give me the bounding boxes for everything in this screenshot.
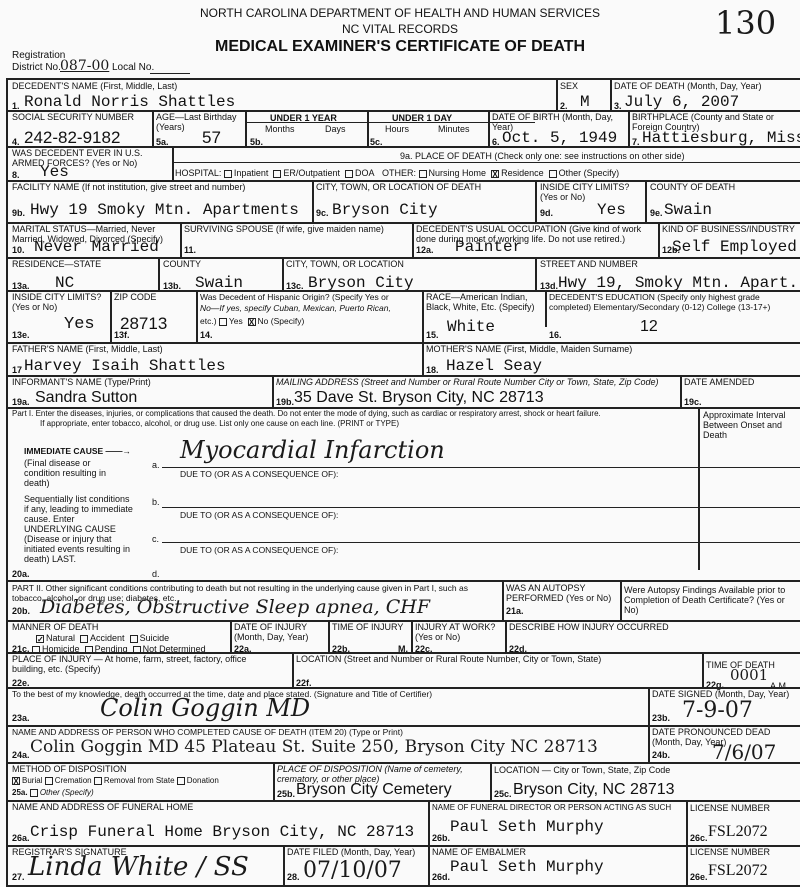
- ssn-value[interactable]: 242-82-9182: [24, 128, 120, 148]
- mailing-address-label: MAILING ADDRESS (Street and Number or Ru…: [276, 377, 676, 387]
- under-1-day-label: UNDER 1 DAY: [392, 113, 452, 123]
- days-label: Days: [325, 124, 346, 134]
- spouse-label: SURVIVING SPOUSE (If wife, give maiden n…: [184, 224, 384, 234]
- ssn-label: SOCIAL SECURITY NUMBER: [12, 112, 134, 122]
- funeral-director-value[interactable]: Paul Seth Murphy: [450, 818, 604, 836]
- document-title: MEDICAL EXAMINER'S CERTIFICATE OF DEATH: [0, 38, 800, 56]
- informant-name-value[interactable]: Sandra Sutton: [35, 389, 137, 407]
- corner-number: 130: [715, 4, 776, 42]
- date-filed-label: DATE FILED (Month, Day, Year): [287, 847, 415, 857]
- district-label: District No.: [12, 63, 61, 73]
- facility-label: FACILITY NAME (If not institution, give …: [12, 182, 245, 192]
- sex-label: SEX: [560, 81, 578, 91]
- inpatient-checkbox[interactable]: [224, 170, 232, 178]
- disposition-method-label: METHOD OF DISPOSITION: [12, 764, 127, 774]
- race-label: RACE—American Indian, Black, White, Etc.…: [426, 292, 544, 312]
- armed-forces-label: WAS DECEDENT EVER IN U.S. ARMED FORCES? …: [12, 148, 172, 168]
- funeral-home-value[interactable]: Crisp Funeral Home Bryson City, NC 28713: [30, 823, 414, 841]
- death-city-label: CITY, TOWN, OR LOCATION OF DEATH: [316, 182, 481, 192]
- embalmer-value[interactable]: Paul Seth Murphy: [450, 858, 604, 876]
- date-amended-label: DATE AMENDED: [684, 377, 754, 387]
- embalmer-label: NAME OF EMBALMER: [432, 847, 526, 857]
- business-value[interactable]: Self Employed: [672, 238, 797, 256]
- residence-checkbox[interactable]: X: [491, 170, 499, 178]
- agency-name: NORTH CAROLINA DEPARTMENT OF HEALTH AND …: [0, 6, 800, 20]
- months-label: Months: [265, 124, 295, 134]
- manner-label: MANNER OF DEATH: [12, 622, 98, 632]
- burial-checkbox[interactable]: X: [12, 777, 20, 785]
- residence-city-label: CITY, TOWN, OR LOCATION: [286, 259, 404, 269]
- embalmer-license-value[interactable]: FSL2072: [708, 862, 768, 880]
- immediate-cause-desc: (Final disease or condition resulting in…: [24, 458, 114, 488]
- death-city-value[interactable]: Bryson City: [332, 201, 438, 219]
- business-label: KIND OF BUSINESS/INDUSTRY: [662, 224, 795, 234]
- manner-options-row1: ✓Natural Accident Suicide: [36, 633, 169, 643]
- district-value[interactable]: 087-00: [60, 58, 109, 74]
- time-of-death-value[interactable]: 0001: [730, 666, 768, 684]
- date-of-death-label: DATE OF DEATH (Month, Day, Year): [614, 81, 762, 91]
- birthplace-value[interactable]: Hattiesburg, Miss: [642, 129, 800, 147]
- age-value[interactable]: 57: [202, 128, 221, 148]
- death-county-label: COUNTY OF DEATH: [650, 182, 735, 192]
- local-label: Local No.: [112, 63, 154, 73]
- due-to-c: DUE TO (OR AS A CONSEQUENCE OF):: [180, 545, 338, 555]
- sex-value[interactable]: M: [580, 93, 590, 111]
- other-disposition-checkbox[interactable]: [30, 789, 38, 797]
- death-inside-limits-value[interactable]: Yes: [597, 201, 626, 219]
- education-value[interactable]: 12: [640, 318, 658, 336]
- injury-at-work-label: INJURY AT WORK? (Yes or No): [415, 622, 505, 642]
- decedent-name[interactable]: Ronald Norris Shattles: [24, 93, 235, 111]
- disposition-options-row1: XBurial Cremation Removal from State Don…: [12, 776, 219, 786]
- part2-value[interactable]: Diabetes, Obstructive Sleep apnea, CHF: [40, 596, 430, 618]
- mother-name-label: MOTHER'S NAME (First, Middle, Maiden Sur…: [426, 344, 632, 354]
- autopsy-findings-label: Were Autopsy Findings Available prior to…: [624, 585, 799, 615]
- dob-value[interactable]: Oct. 5, 1949: [502, 129, 617, 147]
- marital-status-value[interactable]: Never Married: [34, 238, 159, 256]
- place-of-injury-label: PLACE OF INJURY — At home, farm, street,…: [12, 654, 282, 674]
- part1-instructions-2: If appropriate, enter tobacco, alcohol, …: [40, 419, 399, 429]
- hispanic-options: etc.) Yes XNo (Specify): [200, 316, 304, 326]
- er-outpatient-checkbox[interactable]: [273, 170, 281, 178]
- sequential-desc: Sequentially list conditions if any, lea…: [24, 494, 134, 564]
- office-name: NC VITAL RECORDS: [0, 22, 800, 36]
- residence-state-label: RESIDENCE—STATE: [12, 259, 101, 269]
- place-of-death-label: 9a. PLACE OF DEATH (Check only one: see …: [400, 151, 684, 161]
- disposition-location-value[interactable]: Bryson City, NC 28713: [513, 781, 675, 799]
- residence-inside-limits-value[interactable]: Yes: [64, 315, 95, 334]
- armed-forces-value[interactable]: Yes: [40, 163, 69, 181]
- natural-checkbox[interactable]: ✓: [36, 635, 44, 643]
- describe-injury-label: DESCRIBE HOW INJURY OCCURRED: [509, 622, 669, 632]
- director-license-value[interactable]: FSL2072: [708, 823, 768, 841]
- occupation-label: DECEDENT'S USUAL OCCUPATION (Give kind o…: [416, 224, 656, 244]
- cause-line-a[interactable]: Myocardial Infarction: [180, 436, 445, 464]
- due-to-b: DUE TO (OR AS A CONSEQUENCE OF):: [180, 510, 338, 520]
- donation-checkbox[interactable]: [177, 777, 185, 785]
- informant-name-label: INFORMANT'S NAME (Type/Print): [12, 377, 151, 387]
- death-inside-limits-label: INSIDE CITY LIMITS? (Yes or No): [540, 182, 640, 202]
- father-name-value[interactable]: Harvey Isaih Shattles: [24, 357, 226, 375]
- place-of-death-options: HOSPITAL: Inpatient ER/Outpatient DOA OT…: [175, 168, 619, 178]
- date-of-death[interactable]: July 6, 2007: [624, 93, 739, 111]
- removal-checkbox[interactable]: [94, 777, 102, 785]
- hispanic-no-checkbox[interactable]: X: [248, 318, 256, 326]
- disposition-options-row2: 25a. Other (Specify): [12, 788, 94, 798]
- hispanic-yes-checkbox[interactable]: [219, 318, 227, 326]
- immediate-cause-label: IMMEDIATE CAUSE ——→: [24, 446, 131, 456]
- due-to-a: DUE TO (OR AS A CONSEQUENCE OF):: [180, 469, 338, 479]
- accident-checkbox[interactable]: [80, 635, 88, 643]
- zip-value[interactable]: 28713: [120, 314, 167, 334]
- funeral-home-label: NAME AND ADDRESS OF FUNERAL HOME: [12, 802, 193, 812]
- race-value[interactable]: White: [447, 318, 495, 336]
- facility-value[interactable]: Hwy 19 Smoky Mtn. Apartments: [30, 201, 299, 219]
- director-license-label: LICENSE NUMBER: [690, 803, 770, 813]
- minutes-label: Minutes: [438, 124, 470, 134]
- funeral-director-label: NAME OF FUNERAL DIRECTOR OR PERSON ACTIN…: [432, 803, 671, 813]
- date-signed-value[interactable]: 7-9-07: [682, 698, 753, 723]
- disposition-place-value[interactable]: Bryson City Cemetery: [296, 781, 452, 799]
- age-label: AGE—Last Birthday (Years): [156, 112, 244, 132]
- interval-label: Approximate Interval Between Onset and D…: [703, 410, 799, 440]
- cremation-checkbox[interactable]: [45, 777, 53, 785]
- autopsy-label: WAS AN AUTOPSY PERFORMED (Yes or No): [506, 583, 616, 603]
- date-of-injury-label: DATE OF INJURY (Month, Day, Year): [234, 622, 324, 642]
- hours-label: Hours: [385, 124, 409, 134]
- zip-label: ZIP CODE: [114, 292, 156, 302]
- death-county-value[interactable]: Swain: [664, 201, 712, 219]
- hispanic-label-1: Was Decedent of Hispanic Origin? (Specif…: [200, 292, 389, 302]
- residence-street-label: STREET AND NUMBER: [540, 259, 638, 269]
- completer-label: NAME AND ADDRESS OF PERSON WHO COMPLETED…: [12, 727, 403, 737]
- doa-checkbox[interactable]: [345, 170, 353, 178]
- injury-location-label: LOCATION (Street and Number or Rural Rou…: [296, 654, 601, 664]
- mailing-address-value[interactable]: 35 Dave St. Bryson City, NC 28713: [294, 389, 544, 407]
- suicide-checkbox[interactable]: [130, 635, 138, 643]
- hispanic-label-2: No—If yes, specify Cuban, Mexican, Puert…: [200, 303, 391, 313]
- nursing-home-checkbox[interactable]: [419, 170, 427, 178]
- registration-label: Registration: [12, 51, 65, 61]
- occupation-value[interactable]: Painter: [455, 238, 522, 256]
- embalmer-license-label: LICENSE NUMBER: [690, 847, 770, 857]
- certifier-signature[interactable]: Colin Goggin MD: [100, 694, 310, 722]
- completer-value[interactable]: Colin Goggin MD 45 Plateau St. Suite 250…: [30, 737, 598, 757]
- date-pronounced-value[interactable]: 7/6/07: [712, 740, 776, 764]
- education-label: DECEDENT'S EDUCATION (Specify only highe…: [549, 292, 799, 312]
- father-name-label: FATHER'S NAME (First, Middle, Last): [12, 344, 163, 354]
- time-of-injury-label: TIME OF INJURY: [332, 622, 403, 632]
- date-filed-value[interactable]: 07/10/07: [303, 858, 402, 883]
- disposition-location-label: LOCATION — City or Town, State, Zip Code: [494, 765, 670, 775]
- residence-inside-limits-label: INSIDE CITY LIMITS? (Yes or No): [12, 292, 112, 312]
- decedent-name-label: DECEDENT'S NAME (First, Middle, Last): [12, 81, 177, 91]
- mother-name-value[interactable]: Hazel Seay: [446, 357, 542, 375]
- part1-instructions: Part I. Enter the diseases, injuries, or…: [12, 409, 601, 419]
- residence-county-label: COUNTY: [163, 259, 201, 269]
- registrar-signature[interactable]: Linda White / SS: [28, 852, 249, 882]
- other-place-checkbox[interactable]: [549, 170, 557, 178]
